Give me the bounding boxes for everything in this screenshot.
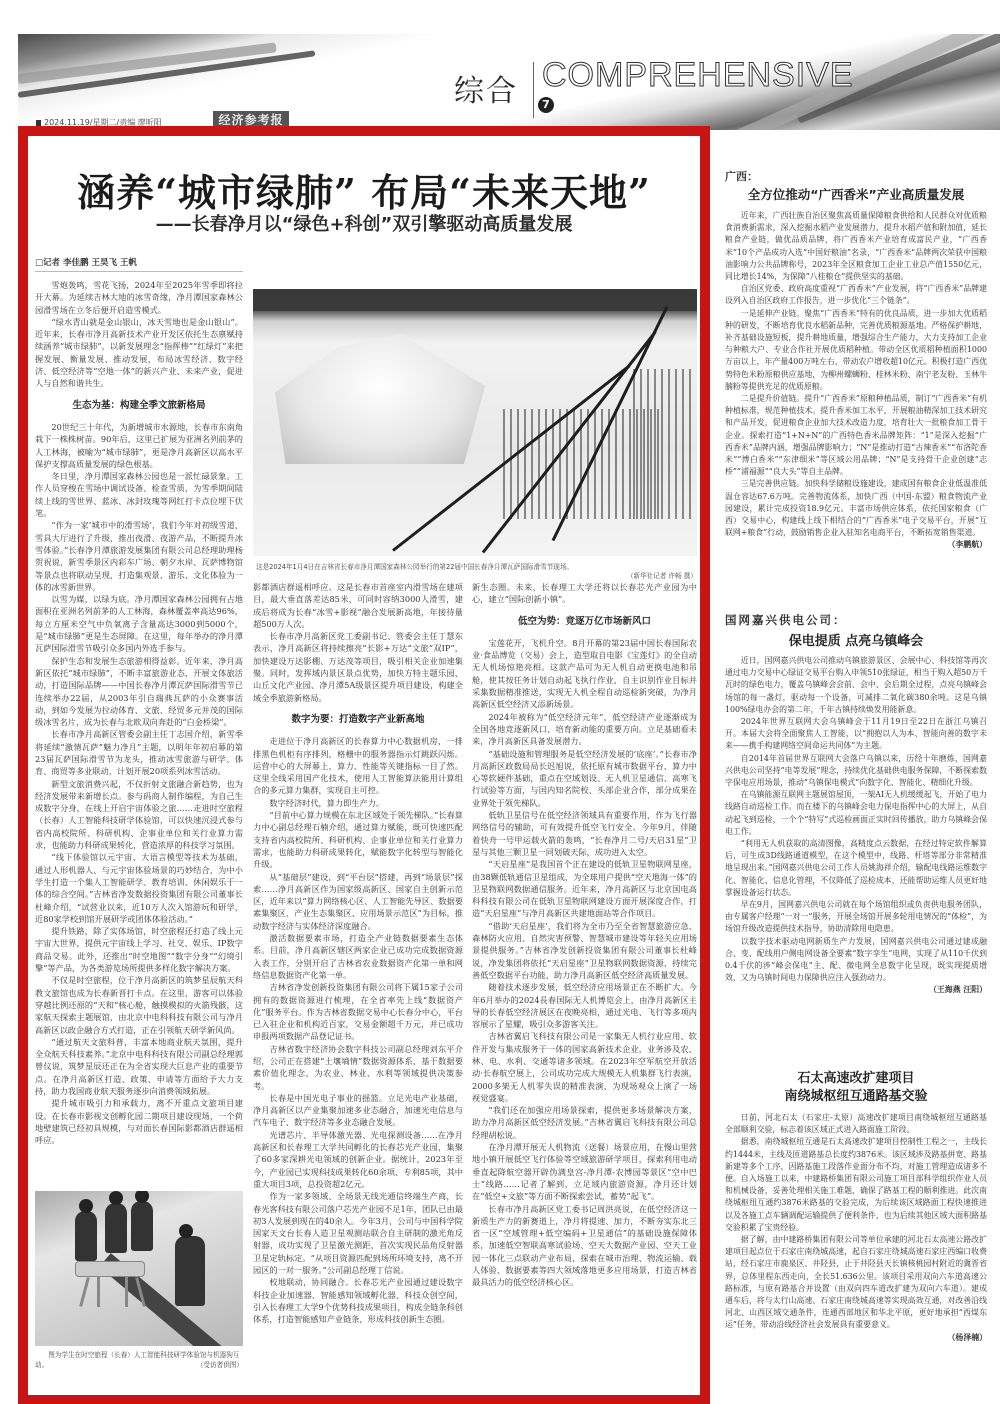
robot-dog bbox=[75, 1261, 145, 1277]
paragraph: 从“基础层”建设，到“平台层”搭建，再到“场景层”探索……净月高新区作为国家级高… bbox=[253, 871, 463, 932]
section-heading-digital: 数字为要：打造数字产业新高地 bbox=[253, 714, 463, 726]
paragraph: 以数字技术驱动电网新质生产力发展，国网嘉兴供电公司通过建成融合、变、配线用户侧电… bbox=[725, 936, 987, 985]
paragraph: 2024年世界互联网大会乌镇峰会于11月19日至22日在浙江乌镇召开。本届大会将… bbox=[725, 716, 987, 753]
paragraph: “天启星座”是我国首个正在建设的低轨卫星物联网星座，由38颗低轨通信卫星组成，为… bbox=[472, 858, 697, 919]
paragraph: 据悉，南绕城枢纽互通是石太高速改扩建项目控制性工程之一，主线长约1444米，主线… bbox=[725, 1136, 987, 1234]
paragraph: 2024年被称为“低空经济元年”，低空经济产业逐渐成为全国各地竞逐新风口、培育新… bbox=[472, 711, 697, 748]
robot-dog-leg bbox=[97, 1277, 100, 1307]
paragraph: “线下体验馆以元宇宙、大语言模型等技术为基础，通过人形机器人、与元宇宙体验场景的… bbox=[35, 851, 243, 925]
paragraph: 二是提升价值链。提升“广西香米”原粮种植品质，制订“广西香米”有机种植标准，规范… bbox=[725, 393, 987, 478]
paragraph: 一是延伸产业链。聚焦“广西香米”特有的优良品质，进一步加大优质稻种的研发，不断培… bbox=[725, 308, 987, 393]
article3-author: （杨泽楠） bbox=[725, 1332, 987, 1344]
section-heading-low-altitude: 低空为势：竞逐万亿市场新风口 bbox=[472, 616, 697, 628]
paragraph: 不仅是时空旅程，位于净月高新区的筑梦星辰航天科教文旅馆也成为长春新晋打卡点。在这… bbox=[35, 974, 243, 1035]
paragraph: 长春是中国光电子事业的摇篮。立足光电产业基础，净月高新区以产业集聚加速多业态融合… bbox=[253, 1092, 463, 1129]
paragraph: 近日，国网嘉兴供电公司推动乌镇旅游景区、会展中心、科技馆等再次通过电力交易中心绿… bbox=[725, 655, 987, 716]
student-figure bbox=[175, 1236, 205, 1306]
photo-crowd bbox=[633, 369, 693, 519]
page-number-badge: 7 bbox=[538, 97, 554, 113]
paragraph: 自2014年首届世界互联网大会落户乌镇以来，历经十年磨炼，国网嘉兴供电公司坚持“… bbox=[725, 753, 987, 790]
robot-photo-caption-block: 图为学生在时空旅程（长春）人工智能科技研学体验馆与机器狗互动。 （受访者供图） bbox=[35, 1350, 243, 1370]
feature-column-b: 影都酒店群遥相呼应。这是长春市首座室内滑雪场在建项目，最大垂直落差达85米，可同… bbox=[253, 581, 463, 1396]
feature-headline: 涵养“城市绿肺” 布局“未来天地” bbox=[28, 162, 700, 217]
robot-dog-photo bbox=[35, 1191, 243, 1346]
paragraph: “利用无人机获取的高清图像，高精度点云数据，在经过特定软件解算后，可生成3D线路… bbox=[725, 838, 987, 899]
feature-subheadline: ——长春净月以“绿色+科创”双引擎驱动高质量发展 bbox=[28, 210, 700, 236]
paragraph: 吉林省数字经济协会数字科技公司副总经理刘东平介绍，公司正在搭建“土壤墒情”数据资… bbox=[253, 1043, 463, 1092]
paragraph: 保护生态和发展生态旅游相得益彰。近年来，净月高新区依托“城市绿肺”，不断丰富旅游… bbox=[35, 655, 243, 729]
paragraph: “借助‘天启星座’，我们将为全市乃至全省智慧旅游应急、森林防火应用、自然灾害预警… bbox=[472, 920, 697, 981]
paragraph: 新生态圈。未来，长春理工大学还将以长春芯光产业园为中心，建立“国际创新小镇”。 bbox=[472, 581, 697, 606]
paragraph: 早在9月，国网嘉兴供电公司就在每个场馆组织或负责供电服务团队，由专属客户经理“一… bbox=[725, 899, 987, 936]
paragraph: 走进位于净月高新区的长春算力中心数据机房，一排排黑色机柜有序排列，格栅中的服务器… bbox=[253, 735, 463, 796]
snow-sculpture bbox=[275, 334, 485, 464]
article3-body: 日前，河北石太（石家庄-太原）高速改扩建项目南绕城枢纽互通路基全部顺利交验，标志… bbox=[725, 1112, 987, 1392]
paragraph: 在净月潭开展无人机物流（送餐）场景应用，在慢山里营地小镇开展低空飞行体验等空域旅… bbox=[472, 1141, 697, 1202]
article2-kicker: 国网嘉兴供电公司： bbox=[725, 612, 987, 628]
robot-dog-leg bbox=[79, 1277, 90, 1307]
photo-credit: （受访者供图） bbox=[35, 1360, 243, 1370]
paragraph: 日前，河北石太（石家庄-太原）高速改扩建项目南绕城枢纽互通路基全部顺利交验，标志… bbox=[725, 1112, 987, 1136]
section-divider bbox=[533, 62, 534, 118]
student-figure bbox=[75, 1211, 97, 1261]
paragraph: 吉林省净发创新投资集团有限公司将下属15家子公司拥有的数据资源进行梳理，在全省率… bbox=[253, 981, 463, 1042]
paragraph: 影都酒店群遥相呼应。这是长春市首座室内滑雪场在建项目，最大垂直落差达85米，可同… bbox=[253, 581, 463, 630]
paragraph: 以雪为媒，以绿为底。净月潭国家森林公园拥有占地面积在亚洲名列前茅的人工林海，森林… bbox=[35, 593, 243, 654]
paragraph: 长春市净月高新区管委会副主任丁志国介绍，新雪季将延续“激情瓦萨”魅力净月”主题，… bbox=[35, 728, 243, 777]
paragraph: 提升铁路，除了实体场馆，时空旅程还打造了线上元宇宙大世界，提供元宇宙线上学习、社… bbox=[35, 925, 243, 974]
paragraph: 校地联动，协同融合。长春芯光产业园通过建设数字科技企业加速器、智能感知领域孵化器… bbox=[253, 1276, 463, 1325]
paragraph: “目前中心算力规模在东北区域处于领先梯队。”长春算力中心副总经理石楠介绍，通过算… bbox=[253, 809, 463, 870]
paragraph: 近年来，广西壮族自治区聚焦高质量保障粮食供给和人民群众对优质粮食消费新需求，深入… bbox=[725, 210, 987, 283]
article1-title: 全方位推动“广西香米”产业高质量发展 bbox=[725, 185, 987, 203]
article2-body: 近日，国网嘉兴供电公司推动乌镇旅游景区、会展中心、科技馆等再次通过电力交易中心绿… bbox=[725, 655, 987, 1035]
paragraph: 自治区党委、政府高度重视“广西香米”产业发展，将“广西香米”品牌建设列入自治区政… bbox=[725, 283, 987, 307]
paragraph: 长春市净月高新区党工委书记周洪亮说，在低空经济这一新质生产力的新赛道上，净月将提… bbox=[472, 1203, 697, 1289]
student-figure bbox=[131, 1201, 153, 1251]
article1-kicker: 广西： bbox=[725, 168, 987, 184]
paragraph: 在乌镇能源互联网主题展馆屋顶，一架AI无人机缓缓起飞，开始了电力线路自动巡检工作… bbox=[725, 789, 987, 838]
feature-red-frame-bottom bbox=[18, 1395, 710, 1404]
paragraph: “基础设施和管理服务是低空经济发展的‘底座’。”长春市净月高新区政数局局长迟旭说… bbox=[472, 748, 697, 809]
article3-title: 石太高速改扩建项目 南绕城枢纽互通路基交验 bbox=[725, 1070, 987, 1106]
article3-title-line1: 石太高速改扩建项目 bbox=[725, 1070, 987, 1088]
photo-credit: （新华社记者 许畅 摄） bbox=[600, 570, 697, 580]
paragraph: 光谱芯片、半导体激光器、光电探测设备……在净月高新区和长春理工大学共同孵化的长春… bbox=[253, 1129, 463, 1190]
section-heading-ecology: 生态为基：构建全季文旅新格局 bbox=[35, 400, 243, 412]
photo-treeline bbox=[253, 289, 697, 311]
paragraph: 雪炮轰鸣，雪花飞扬，2024年至2025年雪季即将拉开大幕。为延续吉林大地的冰雪… bbox=[35, 279, 243, 316]
paragraph: 数字经济时代，算力即生产力。 bbox=[253, 797, 463, 809]
feature-byline: □记者 李佳鹏 王昊飞 王帆 bbox=[35, 256, 243, 272]
paragraph: 随着技术逐步发展，低空经济应用场景正在不断扩大。今年6月举办的2024長春国际无… bbox=[472, 981, 697, 1030]
article2-title: 保电提质 点亮乌镇峰会 bbox=[725, 630, 987, 649]
paragraph: “作为一家‘城市中的滑雪场’，我们今年对初级雪道、雪具大厅进行了升级，推出夜滑、… bbox=[35, 519, 243, 593]
robot-dog-leg bbox=[125, 1277, 128, 1307]
article2-author: （王海燕 汪阳） bbox=[725, 984, 987, 996]
student-figure bbox=[105, 1203, 127, 1253]
paragraph: “我们还在加强应用场景探索，提供更多场景解决方案，助力净月高新区低空经济发展。”… bbox=[472, 1104, 697, 1141]
section-title-cn: 综合 bbox=[454, 66, 518, 110]
paragraph: 提升城市吸引力和承载力，离不开重点文旅项目建设。在长春市影视文创孵化园二期项目建… bbox=[35, 1097, 243, 1146]
feature-column-c: 新生态圈。未来，长春理工大学还将以长春芯光产业园为中心，建立“国际创新小镇”。 … bbox=[472, 581, 697, 1396]
paragraph: “绿水青山就是金山银山，冰天雪地也是金山银山”。近年来，长春市净月高新技术产业开… bbox=[35, 316, 243, 390]
paragraph: 吉林省翼启飞科技有限公司是一家集无人机行业应用、软件开发与集成服务于一体的国家高… bbox=[472, 1030, 697, 1104]
article3-title-line2: 南绕城枢纽互通路基交验 bbox=[725, 1088, 987, 1106]
paragraph: 长春市净月高新区党工委副书记、管委会主任丁慧东表示，净月高新区将持续擦亮“长影+… bbox=[253, 630, 463, 704]
section-title-en: COMPREHENSIVE bbox=[542, 56, 854, 95]
paragraph: 三是完善供应链。加快科学储粮设施建设，建成国有粮食企业低温准低温仓容达67.6万… bbox=[725, 478, 987, 539]
ski-festival-photo bbox=[253, 289, 697, 556]
paragraph: “通过航天文旅科普，丰富本地商业航天氛围，提升全众航天科技素养。”北京中电科科技… bbox=[35, 1036, 243, 1097]
paragraph: 作为一家多领域、全场景无线光通信终端生产商，长春光客科技有限公司落户芯光产业园不… bbox=[253, 1190, 463, 1276]
paragraph: 据了解，由中建路桥集团有限公司等单位承建的河北石太高速公路改扩建项目起点位于石家… bbox=[725, 1234, 987, 1332]
paragraph: 宝莲花开，飞机升空。8月开幕的第23届中国长春国际农业·食品博览（交易）会上，造… bbox=[472, 637, 697, 711]
paragraph: 低轨卫星信号在低空经济领域具有重要作用，作为飞行器网络信号的辅助，可有效提升低空… bbox=[472, 809, 697, 858]
paragraph: 冬日里，净月潭国家森林公园也是一派忙碌景象。工作人员穿梭在雪场中调试设备、检查雪… bbox=[35, 470, 243, 519]
feature-column-a: 雪炮轰鸣，雪花飞扬，2024年至2025年雪季即将拉开大幕。为延续吉林大地的冰雪… bbox=[35, 279, 243, 1184]
article1-author: （李鹏航） bbox=[725, 539, 987, 551]
paragraph: 20世纪三十年代，为新增城市水源地，长春市东南角栽下一株株树苗。90年后，这里已… bbox=[35, 421, 243, 470]
paragraph: 新型文旅消费兴起，不仅折射文旅融合新趋势，也为经济发展带来新增长点。参与码商人制… bbox=[35, 778, 243, 852]
article1-body: 近年来，广西壮族自治区聚焦高质量保障粮食供给和人民群众对优质粮食消费新需求，深入… bbox=[725, 210, 987, 585]
paragraph: 激活数据要素市场，打造全产业链数据要素生态体系。目前，净月高新区辖区两家企业已成… bbox=[253, 932, 463, 981]
